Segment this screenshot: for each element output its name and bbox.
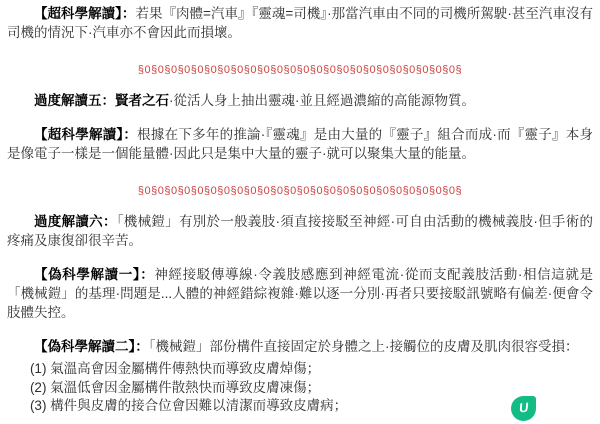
paragraph-pseudo-science-2: 【偽科學解讀二】：「機械鎧」部份構件直接固定於身體之上·接觸位的皮膚及肌肉很容受… xyxy=(7,337,593,356)
logo-letter: U xyxy=(518,401,529,415)
paragraph-label-super-science-2: 【超科學解讀】： xyxy=(34,127,137,142)
paragraph-super-science-1: 【超科學解讀】：若果『肉體=汽車』『靈魂=司機』·那當汽車由不同的司機所駕駛·甚… xyxy=(7,4,593,42)
list-item-2: (2) 氣溫低會因金屬構件散熱快而導致皮膚凍傷； xyxy=(30,379,593,398)
paragraph-label-pseudo-science-1: 【偽科學解讀一】： xyxy=(34,267,154,282)
paragraph-label-super-science-1: 【超科學解讀】： xyxy=(34,6,135,21)
paragraph-text-over-interpretation-5: ·從活人身上抽出靈魂·並且經過濃縮的高能源物質。 xyxy=(169,93,475,108)
paragraph-super-science-2: 【超科學解讀】：根據在下多年的推論·『靈魂』是由大量的『靈子』組合而成·而『靈子… xyxy=(7,125,593,163)
document-body: 【超科學解讀】：若果『肉體=汽車』『靈魂=司機』·那當汽車由不同的司機所駕駛·甚… xyxy=(0,0,600,416)
numbered-list: (1) 氣溫高會因金屬構件傳熱快而導致皮膚焯傷； (2) 氣溫低會因金屬構件散熱… xyxy=(7,360,593,416)
u-lifestyle-logo-icon: U xyxy=(511,396,536,421)
list-item-1: (1) 氣溫高會因金屬構件傳熱快而導致皮膚焯傷； xyxy=(30,360,593,379)
paragraph-over-interpretation-5: 過度解讀五：賢者之石·從活人身上抽出靈魂·並且經過濃縮的高能源物質。 xyxy=(7,91,593,110)
paragraph-label-pseudo-science-2: 【偽科學解讀二】： xyxy=(34,339,149,354)
section-separator-2: §0§0§0§0§0§0§0§0§0§0§0§0§0§0§0§0§0§0§0§0… xyxy=(7,185,593,197)
paragraph-over-interpretation-6: 過度解讀六：「機械鎧」有別於一般義肢·須直接接駁至神經·可自由活動的機械義肢·但… xyxy=(7,212,593,250)
paragraph-label-over-interpretation-5: 過度解讀五：賢者之石 xyxy=(34,93,169,108)
list-item-3: (3) 構件與皮膚的接合位會因難以清潔而導致皮膚病； xyxy=(30,397,593,416)
paragraph-text-pseudo-science-2: 「機械鎧」部份構件直接固定於身體之上·接觸位的皮膚及肌肉很容受損： xyxy=(149,339,579,354)
paragraph-pseudo-science-1: 【偽科學解讀一】：神經接駁傳導線·令義肢感應到神經電流·從而支配義肢活動·相信這… xyxy=(7,265,593,322)
paragraph-label-over-interpretation-6: 過度解讀六： xyxy=(34,214,117,229)
section-separator-1: §0§0§0§0§0§0§0§0§0§0§0§0§0§0§0§0§0§0§0§0… xyxy=(7,64,593,76)
